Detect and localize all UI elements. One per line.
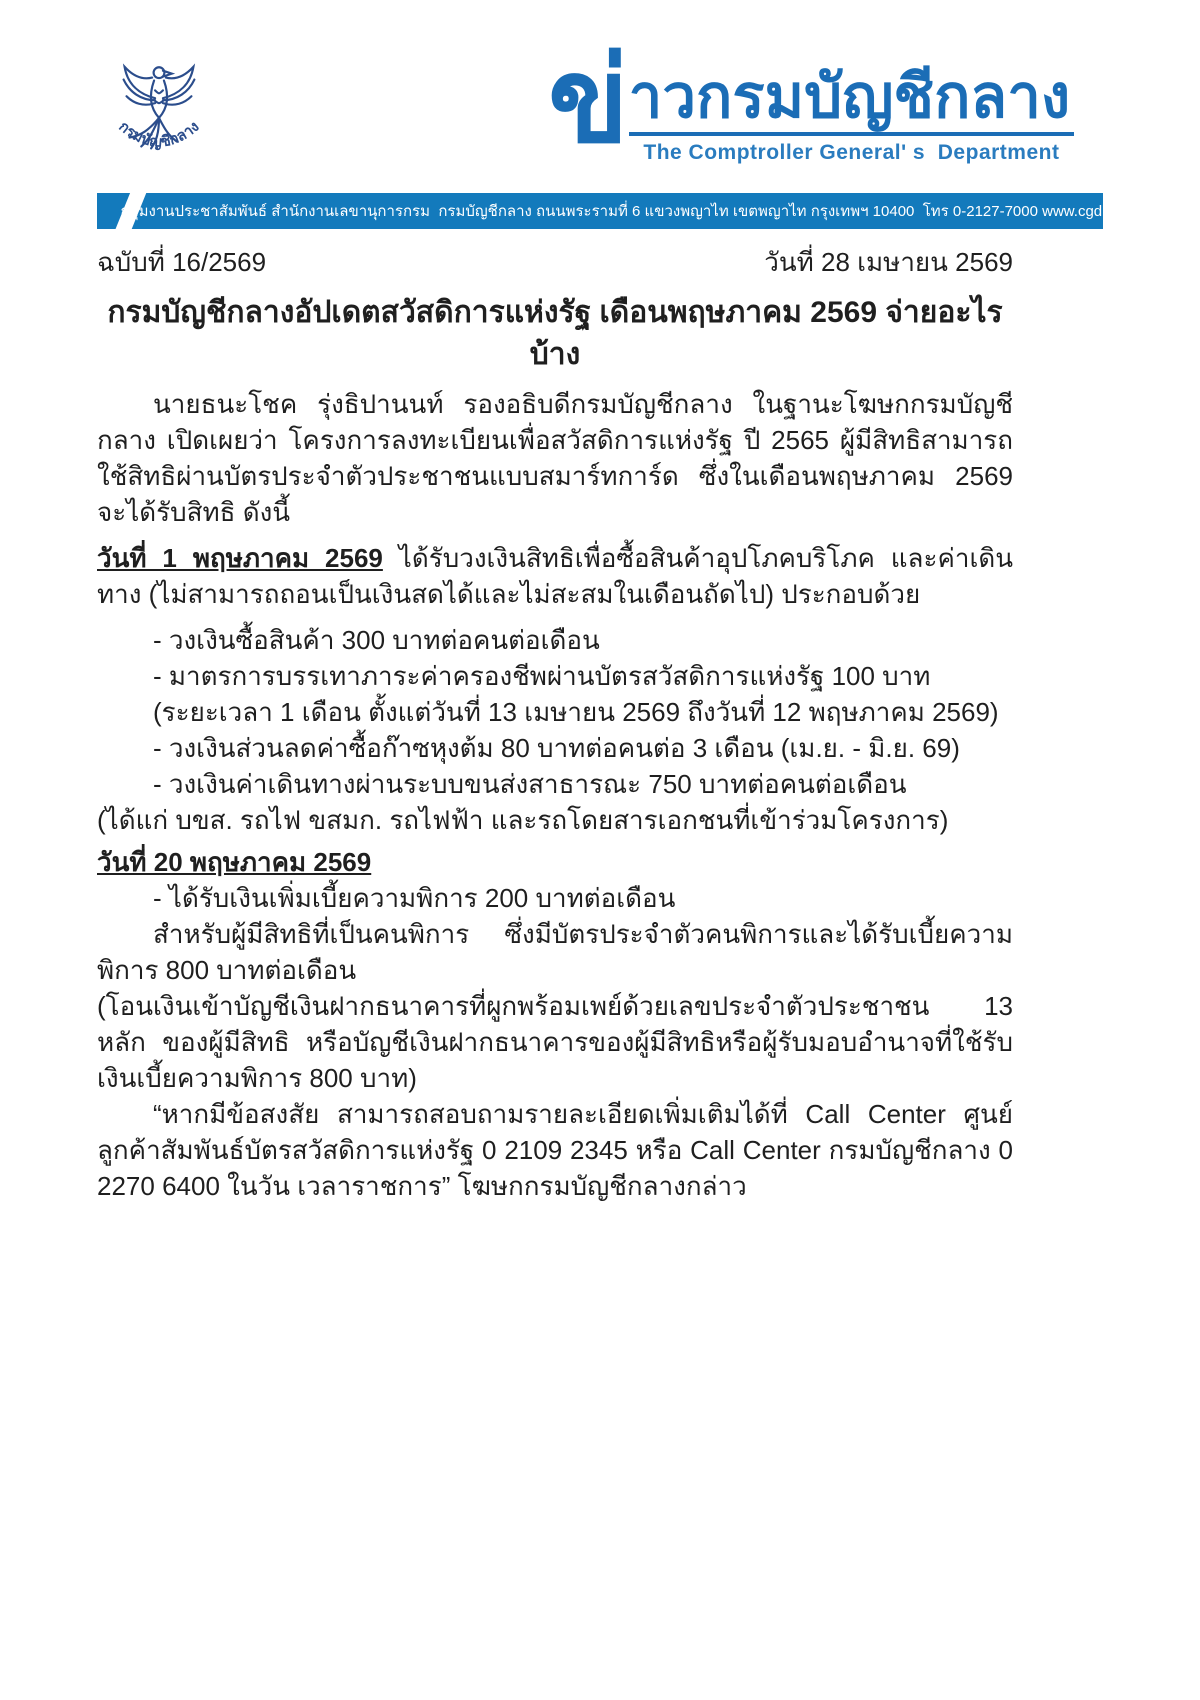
benefit-item: - ได้รับเงินเพิ่มเบี้ยความพิการ 200 บาทต… xyxy=(97,880,1013,916)
section-2-date: วันที่ 20 พฤษภาคม 2569 xyxy=(97,847,371,877)
benefit-item-note: (ระยะเวลา 1 เดือน ตั้งแต่วันที่ 13 เมษาย… xyxy=(97,694,1013,730)
section-1-heading: วันที่ 1 พฤษภาคม 2569 ได้รับวงเงินสิทธิเ… xyxy=(97,540,1013,612)
brand-title-thai: าวกรมบัญชีกลาง xyxy=(629,64,1075,136)
issue-number: ฉบับที่ 16/2569 xyxy=(97,244,266,280)
brand-initial-glyph: ข่ xyxy=(548,42,627,160)
benefit-item: - วงเงินค่าเดินทางผ่านระบบขนส่งสาธารณะ 7… xyxy=(97,766,1013,802)
section-2-paragraph: สำหรับผู้มีสิทธิที่เป็นคนพิการ ซึ่งมีบัต… xyxy=(97,916,1013,988)
section-2-heading: วันที่ 20 พฤษภาคม 2569 xyxy=(97,844,1013,880)
press-release-body: ฉบับที่ 16/2569 วันที่ 28 เมษายน 2569 กร… xyxy=(97,244,1013,1204)
meta-row: ฉบับที่ 16/2569 วันที่ 28 เมษายน 2569 xyxy=(97,244,1013,280)
brand-wordmark: ข่ าวกรมบัญชีกลาง The Comptroller Genera… xyxy=(548,42,1074,165)
intro-paragraph: นายธนะโชค รุ่งธิปานนท์ รองอธิบดีกรมบัญชี… xyxy=(97,386,1013,530)
benefit-item: - วงเงินซื้อสินค้า 300 บาทต่อคนต่อเดือน xyxy=(97,622,1013,658)
contact-banner: กลุ่มงานประชาสัมพันธ์ สำนักงานเลขานุการก… xyxy=(97,193,1103,229)
headline: กรมบัญชีกลางอัปเดตสวัสดิการแห่งรัฐ เดือน… xyxy=(97,292,1013,376)
contact-banner-text: กลุ่มงานประชาสัมพันธ์ สำนักงานเลขานุการก… xyxy=(167,193,1093,229)
benefit-item: - วงเงินส่วนลดค่าซื้อก๊าซหุงต้ม 80 บาทต่… xyxy=(97,730,1013,766)
benefit-item: - มาตรการบรรเทาภาระค่าครองชีพผ่านบัตรสวั… xyxy=(97,658,1013,694)
department-emblem-icon: กรมบัญชีกลาง xyxy=(100,52,218,172)
brand-title-english: The Comptroller General' s Department xyxy=(629,136,1075,165)
publish-date: วันที่ 28 เมษายน 2569 xyxy=(764,244,1013,280)
closing-paragraph: “หากมีข้อสงสัย สามารถสอบถามรายละเอียดเพิ… xyxy=(97,1096,1013,1204)
section-1-note: (ได้แก่ บขส. รถไฟ ขสมก. รถไฟฟ้า และรถโดย… xyxy=(97,802,1013,838)
section-1-date: วันที่ 1 พฤษภาคม 2569 xyxy=(97,543,383,573)
page-header: กรมบัญชีกลาง ข่ าวกรมบัญชีกลาง The Compt… xyxy=(0,0,1200,193)
section-2-note: (โอนเงินเข้าบัญชีเงินฝากธนาคารที่ผูกพร้อ… xyxy=(97,988,1013,1096)
